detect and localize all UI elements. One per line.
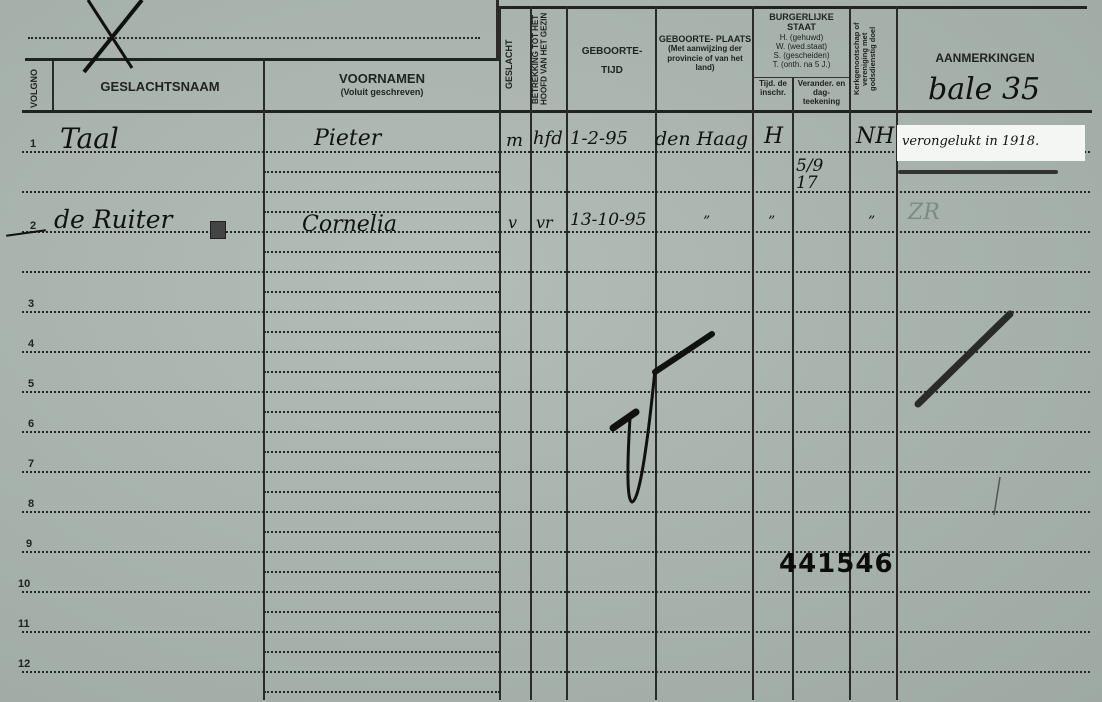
aanmerkingen-note: bale 35 [928, 72, 1040, 107]
row1-birth-date: 1-2-95 [570, 128, 628, 149]
row1-birth-place: den Haag [655, 128, 748, 150]
col-line-verander [792, 78, 794, 700]
row-number-1: 1 [30, 138, 36, 150]
row-number-7: 7 [28, 458, 34, 470]
header-burgerlijke-title: BURGERLIJKE STAAT [754, 12, 849, 33]
row-number-10: 10 [18, 578, 30, 590]
stamp-mark-icon [210, 221, 226, 239]
checkmark-icon [600, 320, 730, 510]
row-number-9: 9 [26, 538, 32, 550]
legend-w: W. (wed.staat) [754, 42, 849, 51]
col-line-geslacht [499, 6, 501, 700]
row1-given: Pieter [314, 126, 381, 151]
header-betrekking: BETREKKING TOT HET HOOFD VAN HET GEZIN [532, 10, 564, 108]
row1-change: 5/9 17 [796, 158, 846, 192]
row1-civil-state: H [764, 124, 783, 149]
header-volgno: VOLGNO [30, 66, 39, 110]
header-aanmerkingen: AANMERKINGEN [910, 52, 1060, 66]
row2-birth-place: ” [703, 214, 710, 230]
registration-card: VOLGNO GESLACHTSNAAM VOORNAMEN (Voluit g… [0, 0, 1102, 702]
slash-mark-icon [910, 310, 1020, 410]
header-geboorteplaats: GEBOORTE- PLAATS (Met aanwijzing der pro… [658, 34, 752, 72]
col-line-burgerlijke [752, 6, 754, 700]
burgerlijke-sub-divider [752, 77, 849, 78]
pasted-note-text: verongelukt in 1918. [902, 134, 1039, 149]
row1-surname: Taal [60, 122, 119, 155]
col-line-voornamen [263, 60, 265, 700]
col-line-volgno [52, 60, 54, 110]
header-burgerlijke-staat: BURGERLIJKE STAAT H. (gehuwd) W. (wed.st… [754, 12, 849, 69]
header-voornamen: VOORNAMEN (Voluit geschreven) [266, 72, 498, 97]
row2-relation: vr [536, 213, 553, 232]
header-voornamen-title: VOORNAMEN [266, 72, 498, 87]
col-line-betrekking [530, 6, 532, 700]
row1-relation: hfd [533, 128, 563, 149]
faint-tick-icon [990, 475, 1010, 520]
col-line-geboortetijd [566, 6, 568, 700]
row2-civil-state: ” [768, 214, 775, 230]
legend-t: T. (onth. na 5 J.) [754, 60, 849, 69]
top-border-right [497, 6, 1087, 9]
header-voornamen-sub: (Voluit geschreven) [266, 87, 498, 97]
header-geboortetijd: GEBOORTE- TIJD [572, 42, 652, 80]
row2-given: Cornelia [302, 212, 397, 237]
legend-s: S. (gescheiden) [754, 51, 849, 60]
header-geslacht: GESLACHT [505, 20, 525, 108]
row1-religion: NH [856, 124, 894, 149]
row1-sex: m [506, 130, 523, 151]
cross-mark-icon [70, 0, 150, 80]
row2-sex: v [508, 213, 517, 232]
header-bottom-border [22, 110, 1092, 113]
faint-initials: ZR [908, 200, 940, 225]
col-line-aanmerkingen [896, 6, 898, 700]
header-geslachtsnaam: GESLACHTSNAAM [60, 80, 260, 95]
row-number-8: 8 [28, 498, 34, 510]
header-verander: Verander. en dag- teekening [794, 79, 849, 107]
header-geboorteplaats-sub: (Met aanwijzing der provincie of van het… [658, 44, 752, 72]
serial-number-stamp: 441546 [779, 549, 894, 579]
row2-religion: ” [868, 214, 875, 230]
row-number-3: 3 [28, 298, 34, 310]
strike-stroke [898, 170, 1058, 174]
col-line-kerk [849, 6, 851, 700]
row-number-12: 12 [18, 658, 30, 670]
row-number-11: 11 [18, 618, 30, 630]
header-geboorteplaats-title: GEBOORTE- PLAATS [658, 34, 752, 44]
header-tijd-inschr: Tijd. de inschr. [754, 79, 792, 97]
header-kerkgenootschap: Kerkgenootschap of vereniging met godsdi… [853, 10, 893, 108]
legend-h: H. (gehuwd) [754, 33, 849, 42]
row-number-5: 5 [28, 378, 34, 390]
row-number-4: 4 [28, 338, 34, 350]
row-number-6: 6 [28, 418, 34, 430]
row2-surname: de Ruiter [54, 205, 172, 234]
row2-birth-date: 13-10-95 [570, 210, 646, 230]
